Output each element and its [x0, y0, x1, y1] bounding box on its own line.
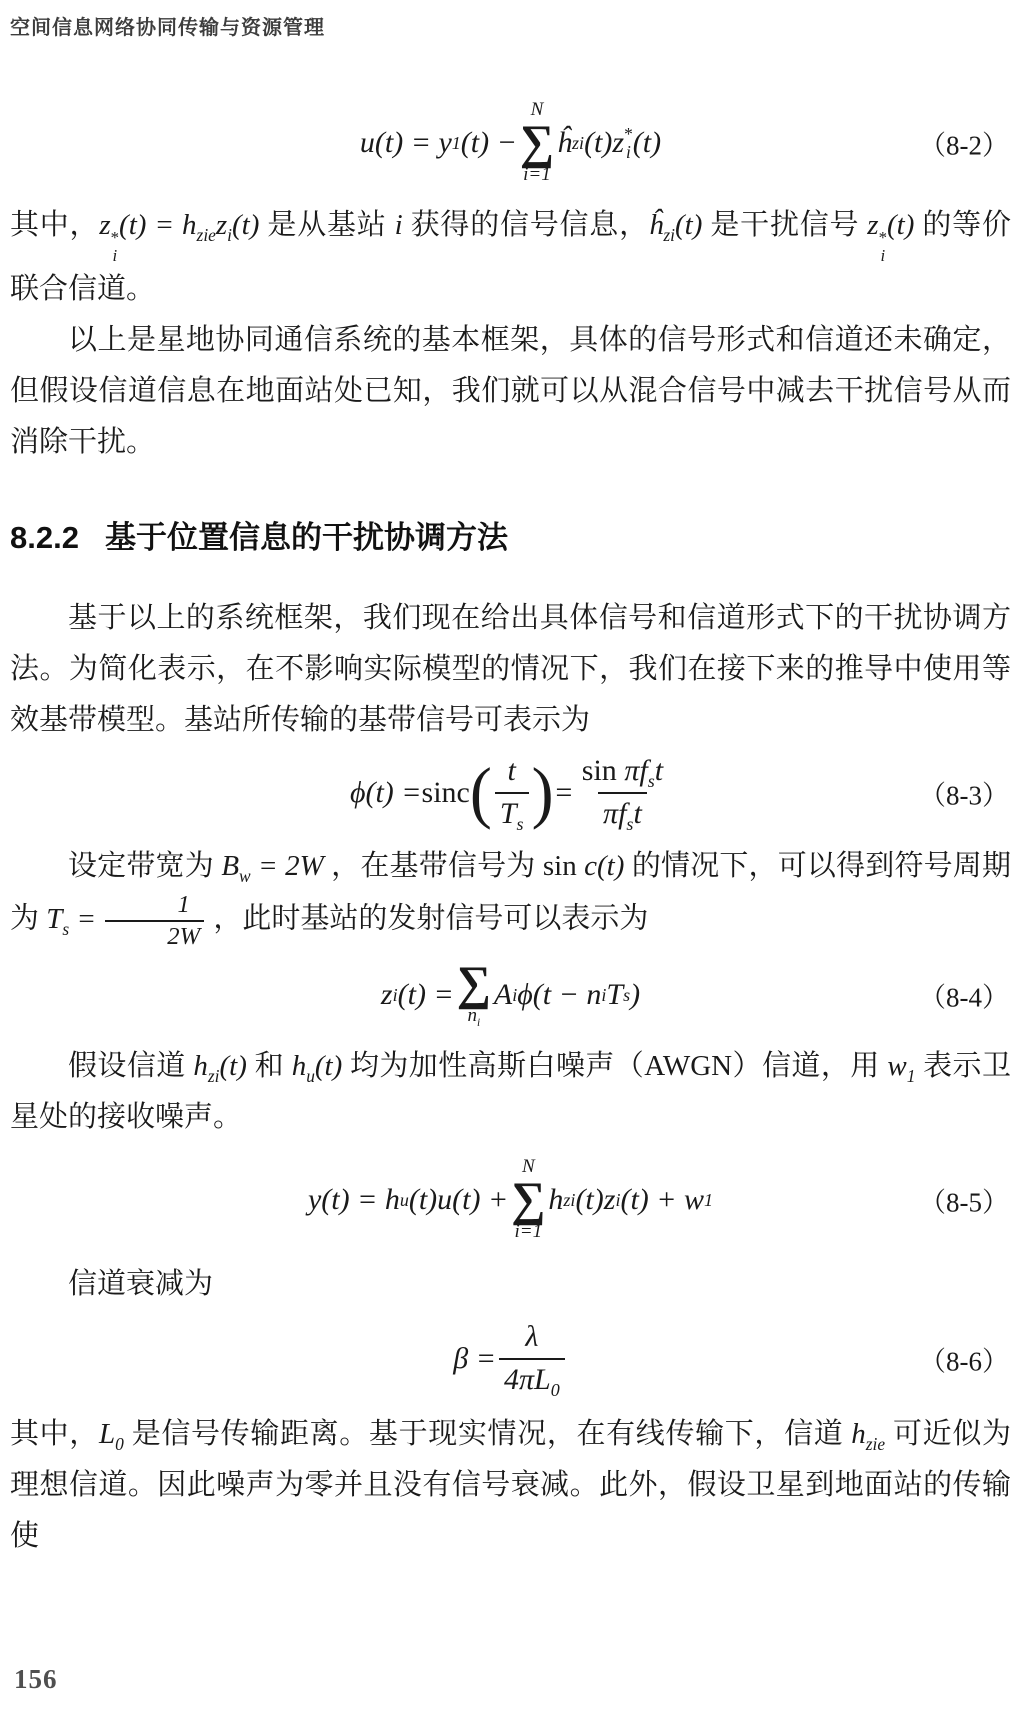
equation-8-2: u(t) = y1(t) − N ∑ i=1 ĥzi(t)z*i(t) （8-2…: [10, 100, 1011, 186]
math-run: (t): [232, 209, 259, 241]
paragraph-method-intro: 基于以上的系统框架，我们现在给出具体信号和信道形式下的干扰协调方法。为简化表示，…: [10, 593, 1011, 746]
equation-8-3: ϕ(t) = sinc( t Ts ) = sin πfst πfst （8-3…: [10, 754, 1011, 831]
math-var: t: [633, 797, 641, 830]
h-hat-var: ĥ: [649, 209, 664, 241]
eq4-equals: (t) =: [398, 978, 454, 1012]
eq2-mid: (t)z: [584, 126, 624, 160]
equation-number: （8-4）: [919, 975, 1009, 1014]
sin-label: sin: [543, 850, 584, 882]
B-subscript: w: [239, 866, 251, 886]
fraction-numerator: sin πfst: [577, 754, 668, 792]
eq2-z-index: i: [626, 143, 631, 161]
running-header: 空间信息网络协同传输与资源管理: [10, 14, 1011, 42]
math-var: T: [46, 903, 62, 935]
math-var: z: [99, 209, 110, 241]
equation-8-5: y(t) = hu(t)u(t) + N ∑ i=1 hzi(t)zi(t) +…: [10, 1157, 1011, 1243]
fraction-denominator: 2W: [105, 920, 204, 950]
z-supsub: *i: [879, 229, 887, 264]
section-heading: 8.2.2基于位置信息的干扰协调方法: [10, 512, 1011, 557]
equation-number: （8-5）: [919, 1181, 1009, 1220]
math-run: (t): [220, 1050, 247, 1082]
h-subscript: zi: [208, 1066, 220, 1086]
eq5-h2: h: [548, 1183, 563, 1217]
z-star: *: [111, 229, 119, 247]
text-run: 获得的信号信息，: [403, 209, 649, 241]
eq2-z-supsub: *i: [624, 125, 633, 162]
paragraph-bandwidth: 设定带宽为 Bw = 2W ，在基带信号为 sin c(t) 的情况下，可以得到…: [10, 841, 1011, 950]
equation-number: （8-2）: [919, 123, 1009, 162]
eq2-minus: (t) −: [461, 126, 517, 160]
math-inline: w1: [887, 1050, 915, 1082]
eq2-post: (t): [633, 126, 661, 160]
math-inline: Bw = 2W: [221, 850, 323, 882]
paragraph-channel-fading: 信道衰减为: [10, 1259, 1011, 1310]
math-run: (t): [675, 209, 702, 241]
math-run: (t): [887, 209, 914, 241]
fraction-lambda: λ 4πL0: [499, 1320, 565, 1397]
equation-8-6: β = λ 4πL0 （8-6）: [10, 1320, 1011, 1397]
text-run: 是从基站: [259, 209, 394, 241]
sum-lower-limit: i=1: [515, 1222, 543, 1243]
fraction-numerator: λ: [520, 1320, 543, 1358]
section-number: 8.2.2: [10, 520, 79, 555]
math-run: 4π: [504, 1363, 534, 1396]
text-run: 其中，: [10, 1418, 99, 1450]
T-subscript: s: [517, 814, 524, 834]
math-var: c(t): [584, 850, 624, 882]
math-var: z: [867, 209, 878, 241]
math-inline: z*i(t) = hziezi(t): [99, 209, 259, 241]
fraction-numerator: 1: [116, 892, 194, 920]
math-var: T: [500, 797, 517, 830]
text-run: 均为加性高斯白噪声（AWGN）信道，用: [342, 1050, 887, 1082]
math-inline: hu(t): [292, 1050, 343, 1082]
section-title: 基于位置信息的干扰协调方法: [105, 520, 508, 555]
z-index: i: [880, 247, 885, 265]
f-subscript: s: [648, 771, 655, 791]
text-run: 是信号传输距离。基于现实情况，在有线传输下，信道: [124, 1418, 851, 1450]
paragraph-awgn: 假设信道 hzi(t) 和 hu(t) 均为加性高斯白噪声（AWGN）信道，用 …: [10, 1041, 1011, 1143]
math-run: = 2W: [251, 850, 324, 882]
equation-8-4: zi(t) = ∑ ni Aiϕ(t − niTs) （8-4）: [10, 962, 1011, 1027]
math-var-i: i: [395, 209, 403, 241]
text-run: ，此时基站的发射信号可以表示为: [206, 903, 648, 935]
n-subscript: i: [477, 1017, 480, 1029]
h-subscript: zie: [866, 1434, 885, 1454]
sigma-icon: ∑: [520, 121, 554, 165]
fraction-1-over-2W: 12W: [105, 892, 204, 950]
fraction-t-over-Ts: t Ts: [495, 754, 529, 831]
h-subscript: zie: [197, 225, 216, 245]
math-var: z: [216, 209, 227, 241]
document-page: 空间信息网络协同传输与资源管理 u(t) = y1(t) − N ∑ i=1 ĥ…: [0, 0, 1029, 1717]
page-number: 156: [14, 1664, 58, 1695]
text-run: 和: [247, 1050, 292, 1082]
math-var: h: [292, 1050, 307, 1082]
sigma-icon: ∑: [511, 1178, 545, 1222]
sigma-icon: ∑: [457, 962, 491, 1006]
eq4-A: A: [494, 978, 512, 1012]
math-run: =: [69, 903, 103, 935]
math-var: πf: [624, 754, 647, 787]
paragraph-channel-explanation: 其中，z*i(t) = hziezi(t) 是从基站 i 获得的信号信息，ĥzi…: [10, 200, 1011, 316]
equation-number: （8-6）: [919, 1339, 1009, 1378]
z-star: *: [879, 229, 887, 247]
eq3-sinc: sinc: [422, 776, 470, 810]
fraction-sin: sin πfst πfst: [577, 754, 668, 831]
h-subscript: u: [306, 1066, 315, 1086]
math-var: h: [851, 1418, 866, 1450]
math-inline: L0: [99, 1418, 124, 1450]
math-inline: Ts = 12W: [46, 903, 206, 935]
paragraph-framework-summary: 以上是星地协同通信系统的基本框架，具体的信号形式和信道还未确定，但假设信道信息在…: [10, 315, 1011, 468]
eq3-equals: =: [554, 776, 574, 810]
summation-symbol: ∑ ni: [457, 962, 491, 1027]
text-run: 设定带宽为: [68, 850, 221, 882]
eq2-lhs: u(t) = y: [360, 126, 452, 160]
math-var: πf: [603, 797, 626, 830]
L-subscript: 0: [551, 1380, 560, 1400]
eq5-mid: (t)u(t) +: [409, 1183, 508, 1217]
math-var: t: [655, 754, 663, 787]
math-inline: ĥzi(t): [649, 209, 702, 241]
summation-symbol: N ∑ i=1: [520, 100, 554, 186]
fraction-denominator: 4πL0: [499, 1358, 565, 1398]
eq6-beta: β =: [453, 1342, 496, 1376]
sum-lower-limit: i=1: [523, 165, 551, 186]
sin-label: sin: [582, 754, 625, 787]
math-var: n: [467, 1005, 477, 1026]
z-index: i: [113, 247, 118, 265]
math-inline: hzie: [851, 1418, 885, 1450]
math-var: w: [887, 1050, 906, 1082]
eq3-phi: ϕ(t) =: [350, 776, 422, 810]
eq2-h-hat: ĥ: [557, 126, 572, 160]
math-var: B: [221, 850, 239, 882]
math-run: (t) = h: [119, 209, 197, 241]
text-run: 其中，: [10, 209, 99, 241]
paragraph-distance-explanation: 其中，L0 是信号传输距离。基于现实情况，在有线传输下，信道 hzie 可近似为…: [10, 1409, 1011, 1562]
eq4-z: z: [381, 978, 393, 1012]
eq5-lhs: y(t) = h: [308, 1183, 400, 1217]
eq4-close: ): [630, 978, 640, 1012]
text-run: ，在基带信号为: [324, 850, 543, 882]
summation-symbol: N ∑ i=1: [511, 1157, 545, 1243]
math-var: L: [534, 1363, 551, 1396]
math-inline: z*i(t): [867, 209, 914, 241]
eq4-T: T: [606, 978, 623, 1012]
z-supsub: *i: [111, 229, 119, 264]
h-subscript: zi: [663, 225, 675, 245]
fraction-numerator: t: [503, 754, 521, 792]
eq4-phi: ϕ(t − n: [517, 978, 601, 1012]
math-inline: hzi(t): [193, 1050, 246, 1082]
math-var: L: [99, 1418, 115, 1450]
fraction-denominator: πfst: [598, 792, 647, 832]
text-run: 假设信道: [68, 1050, 193, 1082]
eq5-mid3: (t) + w: [620, 1183, 704, 1217]
equation-number: （8-3）: [919, 773, 1009, 812]
fraction-denominator: Ts: [495, 792, 529, 832]
eq2-z-star: *: [624, 125, 633, 143]
text-run: 是干扰信号: [702, 209, 867, 241]
math-var: h: [193, 1050, 208, 1082]
eq5-mid2: (t)z: [575, 1183, 615, 1217]
L-subscript: 0: [115, 1434, 124, 1454]
sum-lower-limit: ni: [467, 1006, 480, 1027]
math-run: (t): [315, 1050, 342, 1082]
